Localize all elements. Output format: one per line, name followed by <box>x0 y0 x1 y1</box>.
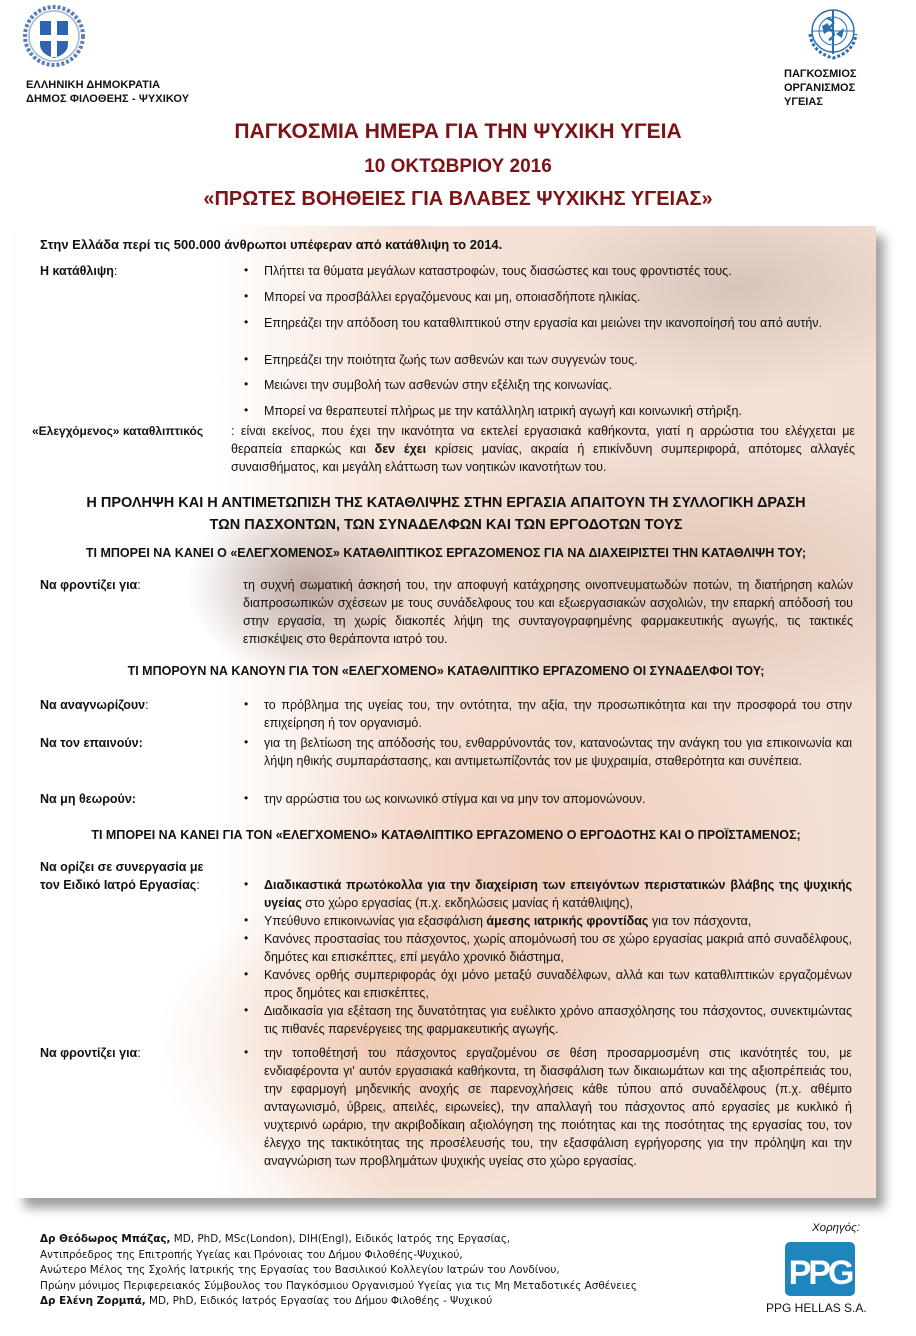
org-line: ΕΛΛΗΝΙΚΗ ΔΗΜΟΚΡΑΤΙΑ <box>26 78 189 92</box>
org-line: ΥΓΕΙΑΣ <box>784 95 856 109</box>
author-name: Δρ Θεόδωρος Μπάζας, <box>40 1233 170 1245</box>
author-name: Δρ Ελένη Ζορμπά, <box>40 1295 146 1307</box>
colleagues-row-label: Να αναγνωρίζουν: <box>40 696 149 714</box>
label-colon: : <box>145 698 148 712</box>
bullet-icon: • <box>244 967 248 981</box>
bullet-icon: • <box>244 913 248 927</box>
label-text: Η κατάθλιψη <box>40 264 114 278</box>
list-item: Πλήττει τα θύματα μεγάλων καταστροφών, τ… <box>264 262 852 280</box>
list-item-text: στο χώρο εργασίας (π.χ. εκδηλώσεις μανία… <box>302 896 633 910</box>
author-line: Αντιπρόεδρος της Επιτροπής Υγείας και Πρ… <box>40 1248 637 1264</box>
list-item-text: για τον πάσχοντα, <box>648 914 751 928</box>
bullet-icon: • <box>244 877 248 891</box>
list-item: την αρρώστια του ως κοινωνικό στίγμα και… <box>264 790 852 808</box>
list-item: Διαδικαστικά πρωτόκολλα για την διαχείρι… <box>264 876 852 912</box>
who-emblem-icon <box>802 4 864 62</box>
list-item-emphasis: άμεσης ιατρικής φροντίδας <box>486 914 648 928</box>
sponsor-name: PPG HELLAS S.A. <box>766 1301 867 1315</box>
bullet-icon: • <box>244 289 248 303</box>
list-item: Επηρεάζει την ποιότητα ζωής των ασθενών … <box>264 351 852 369</box>
org-line: ΔΗΜΟΣ ΦΙΛΟΘΕΗΣ - ΨΥΧΙΚΟΥ <box>26 92 189 106</box>
list-item: Μειώνει την συμβολή των ασθενών στην εξέ… <box>264 376 852 394</box>
right-organization-name: ΠΑΓΚΟΣΜΙΟΣ ΟΡΓΑΝΙΣΜΟΣ ΥΓΕΙΑΣ <box>784 67 856 109</box>
label-text: «Ελεγχόμενος» καταθλιπτικός <box>32 424 203 438</box>
section-heading-colleagues: ΤΙ ΜΠΟΡΟΥΝ ΝΑ ΚΑΝΟΥΝ ΓΙΑ ΤΟΝ «ΕΛΕΓΧΟΜΕΝΟ… <box>16 664 876 678</box>
greek-republic-emblem-icon <box>22 4 86 68</box>
list-item: Διαδικασία για εξέταση της δυνατότητας γ… <box>264 1002 852 1038</box>
left-organization-name: ΕΛΛΗΝΙΚΗ ΔΗΜΟΚΡΑΤΙΑ ΔΗΜΟΣ ΦΙΛΟΘΕΗΣ - ΨΥΧ… <box>26 78 189 106</box>
content-panel: Στην Ελλάδα περί τις 500.000 άνθρωποι υπ… <box>16 226 876 1198</box>
bullet-icon: • <box>244 1045 248 1059</box>
list-item: Κανόνες ορθής συμπεριφοράς όχι μόνο μετα… <box>264 966 852 1002</box>
intro-statement: Στην Ελλάδα περί τις 500.000 άνθρωποι υπ… <box>40 236 502 254</box>
svg-text:PPG: PPG <box>789 1254 853 1292</box>
page-title: ΠΑΓΚΟΣΜΙΑ ΗΜΕΡΑ ΓΙΑ ΤΗΝ ΨΥΧΙΚΗ ΥΓΕΙΑ <box>0 120 916 144</box>
employer-label-2: Να φροντίζει για: <box>40 1044 141 1062</box>
list-item: την τοποθέτησή του πάσχοντος εργαζομένου… <box>264 1044 852 1170</box>
colleagues-row-label: Να μη θεωρούν: <box>40 790 136 808</box>
label-colon: : <box>196 878 199 892</box>
main-heading: Η ΠΡΟΛΗΨΗ ΚΑΙ Η ΑΝΤΙΜΕΤΩΠΙΣΗ ΤΗΣ ΚΑΤΑΘΛΙ… <box>16 492 876 536</box>
author-line: Πρώην μόνιμος Περιφερειακός Σύμβουλος το… <box>40 1279 637 1295</box>
label-text: Να μη θεωρούν: <box>40 792 136 806</box>
label-colon: : <box>137 578 140 592</box>
list-item-text: Υπεύθυνο επικοινωνίας για εξασφάλιση <box>264 914 486 928</box>
depression-label: Η κατάθλιψη: <box>40 262 117 280</box>
list-item: το πρόβλημα της υγείας του, την οντότητα… <box>264 696 852 732</box>
bullet-icon: • <box>244 1003 248 1017</box>
label-text: Να ορίζει σε συνεργασία με <box>40 858 203 876</box>
label-text: Να φροντίζει για <box>40 578 137 592</box>
list-item: για τη βελτίωση της απόδοσής του, ενθαρρ… <box>264 734 852 770</box>
bullet-icon: • <box>244 403 248 417</box>
employer-label-1: Να ορίζει σε συνεργασία με τον Ειδικό Ια… <box>40 858 203 894</box>
bullet-icon: • <box>244 735 248 749</box>
section-heading-employee: ΤΙ ΜΠΟΡΕΙ ΝΑ ΚΑΝΕΙ Ο «ΕΛΕΓΧΟΜΕΝΟΣ» ΚΑΤΑΘ… <box>16 546 876 560</box>
author-credentials: MD, PhD, MSc(London), DIH(Engl), Ειδικός… <box>170 1233 510 1245</box>
heading-line: ΤΩΝ ΠΑΣΧΟΝΤΩΝ, ΤΩΝ ΣΥΝΑΔΕΛΦΩΝ ΚΑΙ ΤΩΝ ΕΡ… <box>16 514 876 536</box>
event-date: 10 ΟΚΤΩΒΡΙΟΥ 2016 <box>0 156 916 178</box>
author-line: Ανώτερο Μέλος της Σχολής Ιατρικής της Ερ… <box>40 1263 637 1279</box>
ppg-logo-icon: PPG <box>785 1242 855 1296</box>
label-text: τον Ειδικό Ιατρό Εργασίας <box>40 878 196 892</box>
list-item: Επηρεάζει την απόδοση του καταθλιπτικού … <box>264 314 852 332</box>
author-credentials: Αντιπρόεδρος της Επιτροπής Υγείας και Πρ… <box>40 1249 463 1261</box>
list-item: Μπορεί να προσβάλλει εργαζόμενους και μη… <box>264 288 852 306</box>
list-item: Μπορεί να θεραπευτεί πλήρως με την κατάλ… <box>264 402 852 420</box>
bullet-icon: • <box>244 931 248 945</box>
label-colon: : <box>114 264 117 278</box>
colleagues-row-label: Να τον επαινούν: <box>40 734 143 752</box>
heading-line: Η ΠΡΟΛΗΨΗ ΚΑΙ Η ΑΝΤΙΜΕΤΩΠΙΣΗ ΤΗΣ ΚΑΤΑΘΛΙ… <box>16 492 876 514</box>
bullet-icon: • <box>244 315 248 329</box>
author-credentials: MD, PhD, Ειδικός Ιατρός Εργασίας του Δήμ… <box>146 1295 493 1307</box>
label-text: Να τον επαινούν: <box>40 736 143 750</box>
author-line: Δρ Θεόδωρος Μπάζας, MD, PhD, MSc(London)… <box>40 1232 637 1248</box>
author-credentials: Πρώην μόνιμος Περιφερειακός Σύμβουλος το… <box>40 1280 637 1292</box>
bullet-icon: • <box>244 263 248 277</box>
label-text: Να φροντίζει για <box>40 1046 137 1060</box>
section1-text: τη συχνή σωματική άσκησή του, την αποφυγ… <box>243 576 853 648</box>
bullet-icon: • <box>244 697 248 711</box>
sponsor-label: Χορηγός: <box>812 1222 860 1234</box>
authors-block: Δρ Θεόδωρος Μπάζας, MD, PhD, MSc(London)… <box>40 1232 637 1310</box>
list-item: Υπεύθυνο επικοινωνίας για εξασφάλιση άμε… <box>264 912 852 930</box>
label-colon: : <box>137 1046 140 1060</box>
bullet-icon: • <box>244 377 248 391</box>
author-line: Δρ Ελένη Ζορμπά, MD, PhD, Ειδικός Ιατρός… <box>40 1294 637 1310</box>
definition-emphasis: δεν έχει <box>375 442 426 456</box>
org-line: ΟΡΓΑΝΙΣΜΟΣ <box>784 81 856 95</box>
section1-label: Να φροντίζει για: <box>40 576 141 594</box>
event-theme: «ΠΡΩΤΕΣ ΒΟΗΘΕΙΕΣ ΓΙΑ ΒΛΑΒΕΣ ΨΥΧΙΚΗΣ ΥΓΕΙ… <box>0 188 916 211</box>
bullet-icon: • <box>244 352 248 366</box>
author-credentials: Ανώτερο Μέλος της Σχολής Ιατρικής της Ερ… <box>40 1264 560 1276</box>
section-heading-employer: ΤΙ ΜΠΟΡΕΙ ΝΑ ΚΑΝΕΙ ΓΙΑ ΤΟΝ «ΕΛΕΓΧΟΜΕΝΟ» … <box>16 828 876 842</box>
controlled-definition: : είναι εκείνος, που έχει την ικανότητα … <box>231 422 855 476</box>
controlled-label: «Ελεγχόμενος» καταθλιπτικός <box>32 422 238 440</box>
bullet-icon: • <box>244 791 248 805</box>
org-line: ΠΑΓΚΟΣΜΙΟΣ <box>784 67 856 81</box>
label-text: Να αναγνωρίζουν <box>40 698 145 712</box>
list-item: Κανόνες προστασίας του πάσχοντος, χωρίς … <box>264 930 852 966</box>
